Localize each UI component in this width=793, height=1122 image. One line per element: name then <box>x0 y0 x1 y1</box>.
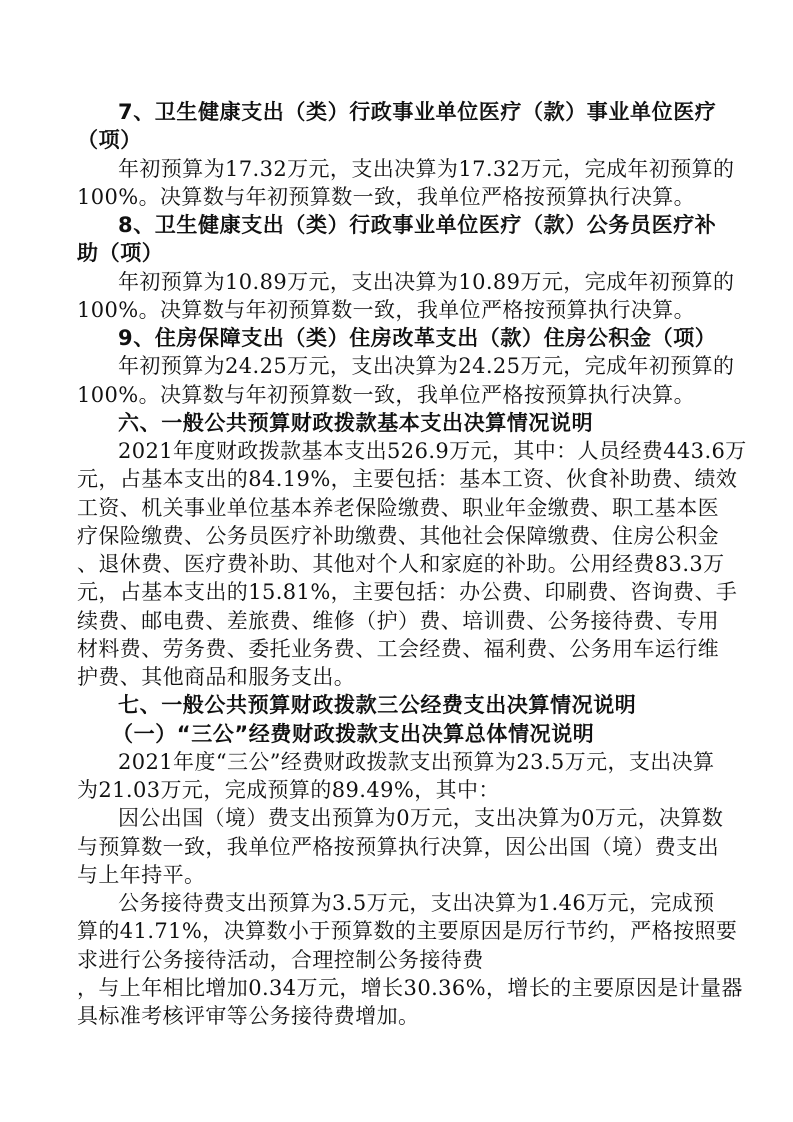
paragraph-line: 元，占基本支出的84.19%，主要包括：基本工资、伙食补助费、绩效 <box>77 463 717 495</box>
paragraph-line: 算的41.71%，决算数小于预算数的主要原因是厉行节约，严格按照要 <box>77 915 717 947</box>
section-heading-7: 七、一般公共预算财政拨款三公经费支出决算情况说明 <box>118 689 758 721</box>
paragraph-line: 年初预算为24.25万元，支出决算为24.25万元，完成年初预算的 <box>118 350 758 382</box>
paragraph-line: 具标准考核评审等公务接待费增加。 <box>77 1000 717 1032</box>
heading-item-7-cont: （项） <box>77 124 717 156</box>
document-page: 7、卫生健康支出（类）行政事业单位医疗（款）事业单位医疗 （项） 年初预算为17… <box>0 0 793 1122</box>
heading-item-8-cont: 助（项） <box>77 237 717 269</box>
paragraph-line: 因公出国（境）费支出预算为0万元，支出决算为0万元，决算数 <box>118 802 758 834</box>
paragraph-line: 元，占基本支出的15.81%，主要包括：办公费、印刷费、咨询费、手 <box>77 576 717 608</box>
